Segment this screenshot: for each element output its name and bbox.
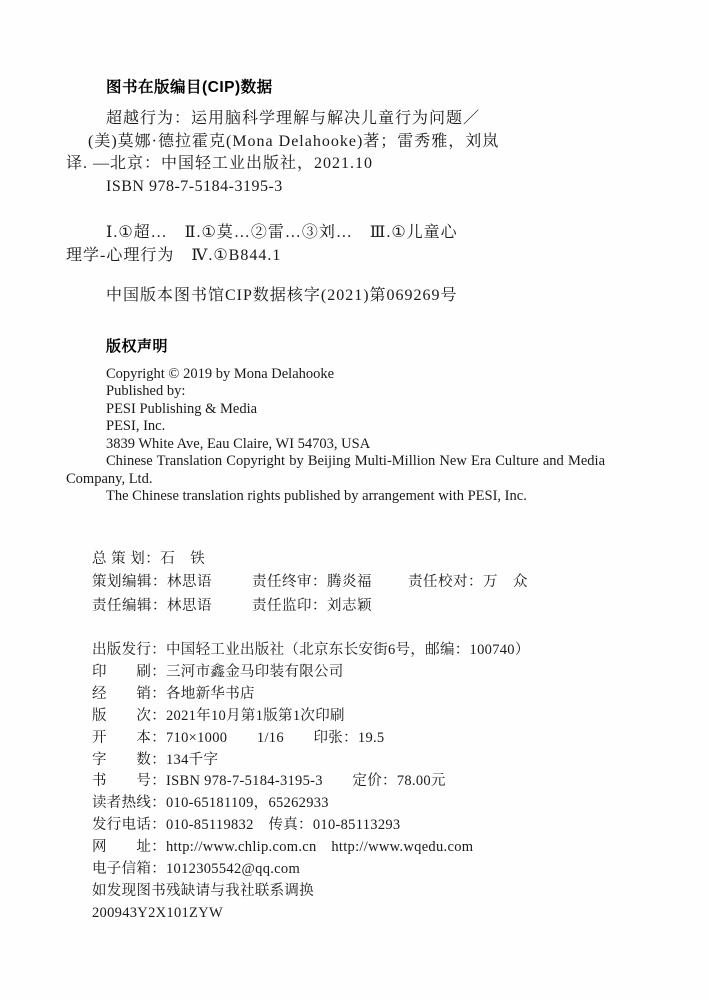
final-reviewer: 责任终审：腾炎福 bbox=[252, 571, 408, 595]
planning-editor: 策划编辑：林思语 bbox=[92, 571, 252, 595]
publisher-distribution-line: 出版发行：中国轻工业出版社（北京东长安街6号，邮编：100740） bbox=[92, 640, 605, 662]
credit-row: 总 策 划：石 铁 bbox=[92, 548, 605, 572]
chief-planner: 总 策 划：石 铁 bbox=[92, 548, 252, 572]
book-author-line: (美)莫娜·德拉霍克(Mona Delahooke)著；雷秀雅，刘岚 bbox=[66, 131, 605, 154]
book-copyright-page: 图书在版编目(CIP)数据 超越行为：运用脑科学理解与解决儿童行为问题／ (美)… bbox=[0, 0, 709, 1000]
translation-copyright-line: Chinese Translation Copyright by Beijing… bbox=[66, 453, 605, 488]
distributor-line: 经 销：各地新华书店 bbox=[92, 684, 605, 706]
format-line: 开 本：710×1000 1/16 印张：19.5 bbox=[92, 728, 605, 750]
isbn-price-line: 书 号：ISBN 978-7-5184-3195-3 定价：78.00元 bbox=[92, 771, 605, 793]
publisher-address-line: 3839 White Ave, Eau Claire, WI 54703, US… bbox=[66, 436, 605, 454]
copyright-notice-header: 版权声明 bbox=[66, 336, 605, 357]
responsible-editor: 责任编辑：林思语 bbox=[92, 595, 252, 619]
word-count-line: 字 数：134千字 bbox=[92, 750, 605, 772]
copyright-notice-section: 版权声明 Copyright © 2019 by Mona Delahooke … bbox=[66, 336, 605, 506]
proofreader: 责任校对：万 众 bbox=[408, 571, 528, 595]
book-publisher-line: 译. —北京：中国轻工业出版社，2021.10 bbox=[66, 153, 605, 176]
copyright-line: Copyright © 2019 by Mona Delahooke bbox=[66, 366, 605, 384]
cip-header: 图书在版编目(CIP)数据 bbox=[66, 78, 605, 98]
credit-row: 责任编辑：林思语 责任监印：刘志颖 bbox=[92, 595, 605, 619]
website-line: 网 址：http://www.chlip.com.cn http://www.w… bbox=[92, 837, 605, 859]
publishing-info-section: 出版发行：中国轻工业出版社（北京东长安街6号，邮编：100740） 印 刷：三河… bbox=[92, 640, 605, 925]
printer-line: 印 刷：三河市鑫金马印装有限公司 bbox=[92, 662, 605, 684]
classification-line: 理学-心理行为 Ⅳ.①B844.1 bbox=[66, 245, 605, 268]
email-line: 电子信箱：1012305542@qq.com bbox=[92, 859, 605, 881]
translation-rights-line: The Chinese translation rights published… bbox=[66, 488, 605, 506]
distribution-phone-line: 发行电话：010-85119832 传真：010-85113293 bbox=[92, 815, 605, 837]
staff-credits-section: 总 策 划：石 铁 策划编辑：林思语 责任终审：腾炎福 责任校对：万 众 责任编… bbox=[92, 548, 605, 619]
publisher-company-line: PESI, Inc. bbox=[66, 418, 605, 436]
published-by-line: Published by: bbox=[66, 383, 605, 401]
isbn-line: ISBN 978-7-5184-3195-3 bbox=[66, 176, 605, 199]
print-code-line: 200943Y2X101ZYW bbox=[92, 903, 605, 925]
cip-registry-line: 中国版本图书馆CIP数据核字(2021)第069269号 bbox=[66, 285, 605, 308]
classification-line: Ⅰ.①超… Ⅱ.①莫…②雷…③刘… Ⅲ.①儿童心 bbox=[66, 222, 605, 245]
defect-exchange-notice-line: 如发现图书残缺请与我社联系调换 bbox=[92, 881, 605, 903]
publisher-name-line: PESI Publishing & Media bbox=[66, 401, 605, 419]
print-supervisor: 责任监印：刘志颖 bbox=[252, 595, 408, 619]
cip-data-section: 图书在版编目(CIP)数据 超越行为：运用脑科学理解与解决儿童行为问题／ (美)… bbox=[66, 78, 605, 308]
edition-line: 版 次：2021年10月第1版第1次印刷 bbox=[92, 706, 605, 728]
credit-row: 策划编辑：林思语 责任终审：腾炎福 责任校对：万 众 bbox=[92, 571, 605, 595]
book-title-line: 超越行为：运用脑科学理解与解决儿童行为问题／ bbox=[66, 108, 605, 131]
reader-hotline-line: 读者热线：010-65181109，65262933 bbox=[92, 793, 605, 815]
